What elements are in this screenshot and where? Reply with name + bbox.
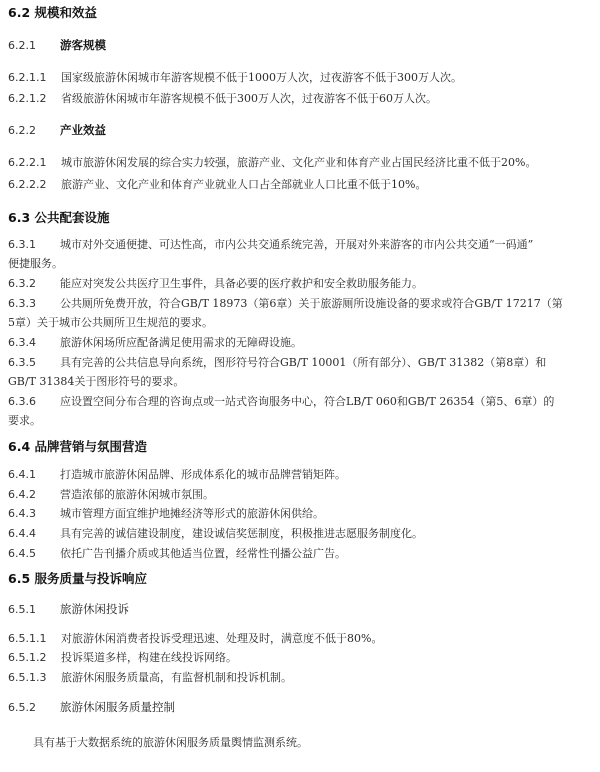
- subsection-title: 旅游休闲投诉: [60, 602, 129, 616]
- clause-number: 6.5.1.3: [8, 671, 61, 685]
- clause-6-3-4: 6.3.4旅游休闲场所应配备满足使用需求的无障碍设施。: [8, 336, 302, 350]
- clause-number: 6.2.2.2: [8, 178, 61, 192]
- clause-number: 6.3.6: [8, 395, 60, 409]
- clause-text: 公共厕所免费开放，符合GB/T 18973（第6章）关于旅游厕所设施设备的要求或…: [60, 297, 563, 310]
- clause-number: 6.4.3: [8, 507, 60, 521]
- section-heading-6-5: 6.5 服务质量与投诉响应: [8, 572, 147, 586]
- clause-number: 6.2.1.1: [8, 71, 61, 85]
- subsection-heading-6-5-1: 6.5.1旅游休闲投诉: [8, 602, 129, 617]
- clause-6-3-6: 6.3.6应设置空间分布合理的咨询点或一站式咨询服务中心，符合LB/T 060和…: [8, 395, 554, 409]
- clause-text: 城市旅游休闲发展的综合实力较强，旅游产业、文化产业和体育产业占国民经济比重不低于…: [61, 156, 536, 169]
- clause-text: 旅游休闲服务质量高，有监督机制和投诉机制。: [61, 671, 292, 684]
- clause-number: 6.2.1.2: [8, 92, 61, 106]
- subsection-title: 旅游休闲服务质量控制: [60, 700, 175, 714]
- clause-number: 6.4.1: [8, 468, 60, 482]
- subsection-number: 6.2.2: [8, 124, 60, 138]
- clause-6-4-2: 6.4.2营造浓郁的旅游休闲城市氛围。: [8, 488, 214, 502]
- clause-text: 应设置空间分布合理的咨询点或一站式咨询服务中心，符合LB/T 060和GB/T …: [60, 395, 554, 408]
- clause-6-2-2-2: 6.2.2.2旅游产业、文化产业和体育产业就业人口占全部就业人口比重不低于10%…: [8, 178, 426, 192]
- clause-6-3-5-continued: GB/T 31384关于图形符号的要求。: [8, 375, 184, 389]
- subsection-title: 产业效益: [60, 123, 106, 137]
- clause-6-4-4: 6.4.4具有完善的诚信建设制度，建设诚信奖惩制度，积极推进志愿服务制度化。: [8, 527, 423, 541]
- subsection-number: 6.2.1: [8, 39, 60, 53]
- clause-text: 城市管理方面宜维护地摊经济等形式的旅游休闲供给。: [60, 507, 324, 520]
- paragraph-6-5-2: 具有基于大数据系统的旅游休闲服务质量舆情监测系统。: [33, 736, 308, 750]
- subsection-title: 游客规模: [60, 38, 106, 52]
- clause-number: 6.5.1.1: [8, 632, 61, 646]
- clause-text: 打造城市旅游休闲品牌、形成体系化的城市品牌营销矩阵。: [60, 468, 346, 481]
- clause-text: 营造浓郁的旅游休闲城市氛围。: [60, 488, 214, 501]
- clause-number: 6.3.5: [8, 356, 60, 370]
- clause-6-3-3-continued: 5章）关于城市公共厕所卫生规范的要求。: [8, 316, 213, 330]
- section-heading-6-4: 6.4 品牌营销与氛围营造: [8, 440, 147, 454]
- clause-6-3-1-continued: 便捷服务。: [8, 257, 63, 271]
- clause-6-5-1-2: 6.5.1.2投诉渠道多样，构建在线投诉网络。: [8, 651, 237, 665]
- clause-6-3-1: 6.3.1城市对外交通便捷、可达性高，市内公共交通系统完善，开展对外来游客的市内…: [8, 238, 533, 252]
- clause-6-3-5: 6.3.5具有完善的公共信息导向系统，图形符号符合GB/T 10001（所有部分…: [8, 356, 546, 370]
- clause-6-2-1-2: 6.2.1.2省级旅游休闲城市年游客规模不低于300万人次，过夜游客不低于60万…: [8, 92, 437, 106]
- clause-text: 对旅游休闲消费者投诉受理迅速、处理及时，满意度不低于80%。: [61, 632, 382, 645]
- clause-number: 6.3.1: [8, 238, 60, 252]
- clause-6-3-2: 6.3.2能应对突发公共医疗卫生事件，具备必要的医疗救护和安全救助服务能力。: [8, 277, 423, 291]
- clause-text: 旅游休闲场所应配备满足使用需求的无障碍设施。: [60, 336, 302, 349]
- clause-6-4-1: 6.4.1打造城市旅游休闲品牌、形成体系化的城市品牌营销矩阵。: [8, 468, 346, 482]
- clause-6-3-3: 6.3.3公共厕所免费开放，符合GB/T 18973（第6章）关于旅游厕所设施设…: [8, 297, 563, 311]
- clause-text: 旅游产业、文化产业和体育产业就业人口占全部就业人口比重不低于10%。: [61, 178, 426, 191]
- clause-number: 6.3.4: [8, 336, 60, 350]
- clause-text: 具有完善的诚信建设制度，建设诚信奖惩制度，积极推进志愿服务制度化。: [60, 527, 423, 540]
- clause-text: 投诉渠道多样，构建在线投诉网络。: [61, 651, 237, 664]
- subsection-heading-6-2-2: 6.2.2产业效益: [8, 123, 106, 138]
- subsection-number: 6.5.2: [8, 701, 60, 715]
- clause-text: 具有完善的公共信息导向系统，图形符号符合GB/T 10001（所有部分）、GB/…: [60, 356, 546, 369]
- clause-6-2-2-1: 6.2.2.1城市旅游休闲发展的综合实力较强，旅游产业、文化产业和体育产业占国民…: [8, 156, 536, 170]
- subsection-number: 6.5.1: [8, 603, 60, 617]
- clause-text: 省级旅游休闲城市年游客规模不低于300万人次，过夜游客不低于60万人次。: [61, 92, 437, 105]
- clause-6-4-5: 6.4.5依托广告刊播介质或其他适当位置，经常性刊播公益广告。: [8, 547, 346, 561]
- section-heading-6-2: 6.2 规模和效益: [8, 6, 97, 20]
- clause-6-2-1-1: 6.2.1.1国家级旅游休闲城市年游客规模不低于1000万人次，过夜游客不低于3…: [8, 71, 462, 85]
- clause-number: 6.3.2: [8, 277, 60, 291]
- clause-6-5-1-1: 6.5.1.1对旅游休闲消费者投诉受理迅速、处理及时，满意度不低于80%。: [8, 632, 382, 646]
- clause-number: 6.4.5: [8, 547, 60, 561]
- subsection-heading-6-5-2: 6.5.2旅游休闲服务质量控制: [8, 700, 175, 715]
- clause-6-3-6-continued: 要求。: [8, 414, 41, 428]
- clause-number: 6.2.2.1: [8, 156, 61, 170]
- clause-text: 城市对外交通便捷、可达性高，市内公共交通系统完善，开展对外来游客的市内公共交通“…: [60, 238, 533, 251]
- clause-text: 国家级旅游休闲城市年游客规模不低于1000万人次，过夜游客不低于300万人次。: [61, 71, 462, 84]
- clause-number: 6.4.4: [8, 527, 60, 541]
- clause-text: 能应对突发公共医疗卫生事件，具备必要的医疗救护和安全救助服务能力。: [60, 277, 423, 290]
- section-heading-6-3: 6.3 公共配套设施: [8, 211, 110, 225]
- clause-text: 依托广告刊播介质或其他适当位置，经常性刊播公益广告。: [60, 547, 346, 560]
- clause-6-4-3: 6.4.3城市管理方面宜维护地摊经济等形式的旅游休闲供给。: [8, 507, 324, 521]
- clause-number: 6.5.1.2: [8, 651, 61, 665]
- clause-number: 6.4.2: [8, 488, 60, 502]
- subsection-heading-6-2-1: 6.2.1游客规模: [8, 38, 106, 53]
- clause-number: 6.3.3: [8, 297, 60, 311]
- clause-6-5-1-3: 6.5.1.3旅游休闲服务质量高，有监督机制和投诉机制。: [8, 671, 292, 685]
